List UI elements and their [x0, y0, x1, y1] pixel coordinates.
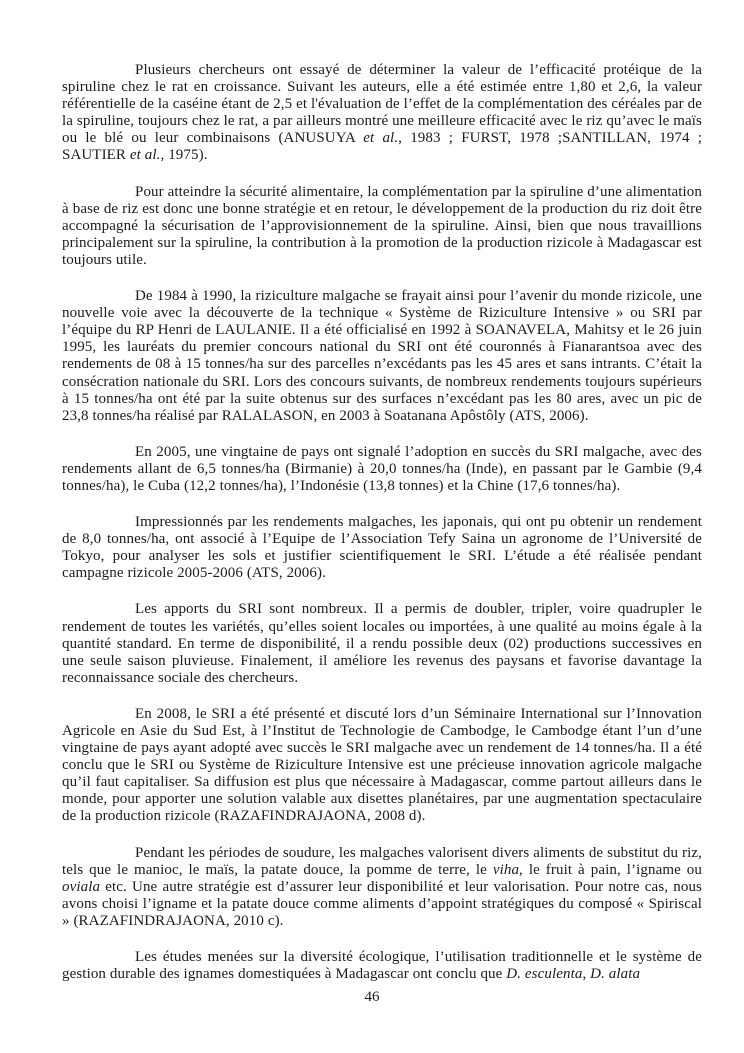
paragraph: De 1984 à 1990, la riziculture malgache … — [62, 288, 702, 425]
paragraph: Pour atteindre la sécurité alimentaire, … — [62, 184, 702, 269]
italic-text-run: et al., — [130, 147, 164, 163]
paragraphs: Plusieurs chercheurs ont essayé de déter… — [62, 62, 702, 1002]
text-run: 1975). — [164, 147, 207, 163]
text-run: , le fruit à pain, l’igname ou — [519, 862, 702, 878]
italic-text-run: et al., — [363, 130, 402, 146]
italic-text-run: oviala — [62, 879, 100, 895]
text-run: , — [582, 966, 590, 982]
text-run: En 2008, le SRI a été présenté et discut… — [62, 706, 702, 825]
paragraph: Les études menées sur la diversité écolo… — [62, 949, 702, 983]
text-run: Impressionnés par les rendements malgach… — [62, 514, 702, 581]
text-run: Pour atteindre la sécurité alimentaire, … — [62, 184, 702, 268]
text-run: etc. Une autre stratégie est d’assurer l… — [62, 879, 702, 929]
text-run: De 1984 à 1990, la riziculture malgache … — [62, 288, 702, 424]
italic-text-run: viha — [493, 862, 519, 878]
paragraph: Pendant les périodes de soudure, les mal… — [62, 845, 702, 930]
page-number: 46 — [0, 989, 744, 1006]
paragraph: Plusieurs chercheurs ont essayé de déter… — [62, 62, 702, 165]
document-page: Plusieurs chercheurs ont essayé de déter… — [0, 0, 744, 1053]
paragraph: Les apports du SRI sont nombreux. Il a p… — [62, 601, 702, 686]
text-run: Les apports du SRI sont nombreux. Il a p… — [62, 601, 702, 685]
paragraph: En 2005, une vingtaine de pays ont signa… — [62, 444, 702, 495]
italic-text-run: D. esculenta — [506, 966, 582, 982]
paragraph: Impressionnés par les rendements malgach… — [62, 514, 702, 582]
text-run: En 2005, une vingtaine de pays ont signa… — [62, 444, 702, 494]
paragraph: En 2008, le SRI a été présenté et discut… — [62, 706, 702, 826]
italic-text-run: D. alata — [590, 966, 640, 982]
